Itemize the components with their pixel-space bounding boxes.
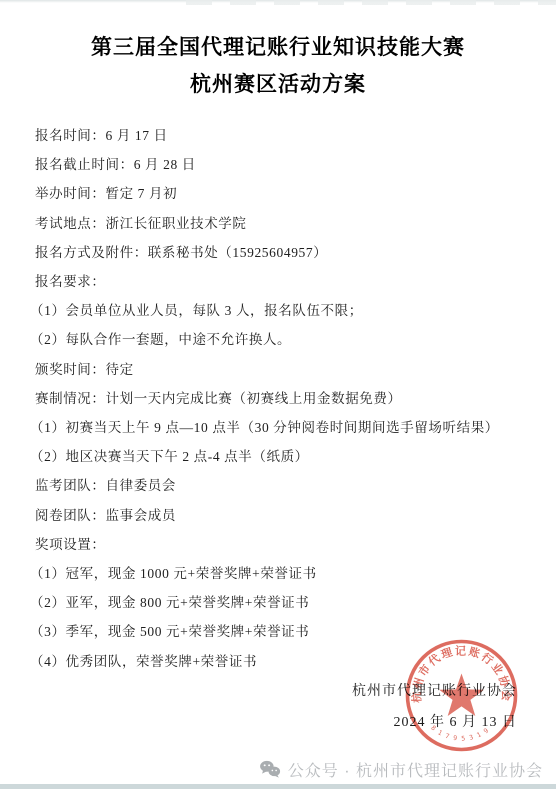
body-line: （2）亚军，现金 800 元+荣誉奖牌+荣誉证书 [30,588,544,617]
body-line: 报名方式及附件：联系秘书处（15925604957） [30,238,544,267]
wechat-icon [259,760,281,778]
body-line: 颁奖时间：待定 [30,355,544,384]
bottom-edge-strip [0,784,556,789]
star-icon [439,674,484,717]
top-edge-artifact [0,0,556,3]
document-body: 报名时间：6 月 17 日 报名截止时间：6 月 28 日 举办时间：暂定 7 … [30,121,544,676]
body-line: （1）初赛当天上午 9 点—10 点半（30 分钟阅卷时间期间选手留场听结果） [30,413,544,442]
body-line: 举办时间：暂定 7 月初 [30,179,544,208]
title-line-1: 第三届全国代理记账行业知识技能大赛 [0,29,556,66]
body-line: 阅卷团队：监事会成员 [30,501,544,530]
body-line: （2）每队合作一套题，中途不允许换人。 [30,325,544,354]
official-seal: 杭州市代理记账行业协会 81795319 [402,636,521,755]
body-line: 赛制情况：计划一天内完成比赛（初赛线上用金数据免费） [30,384,544,413]
title-line-2: 杭州赛区活动方案 [0,66,556,103]
body-line: 报名时间：6 月 17 日 [30,121,544,150]
body-line: （1）会员单位从业人员，每队 3 人，报名队伍不限； [30,296,544,325]
seal-code: 81795319 [429,724,493,743]
svg-text:81795319: 81795319 [429,724,493,743]
body-line: 奖项设置： [30,530,544,559]
body-line: （2）地区决赛当天下午 2 点-4 点半（纸质） [30,442,544,471]
document-page: 第三届全国代理记账行业知识技能大赛 杭州赛区活动方案 报名时间：6 月 17 日… [0,0,556,789]
body-line: 监考团队：自律委员会 [30,471,544,500]
body-line: 报名截止时间：6 月 28 日 [30,150,544,179]
body-line: 考试地点：浙江长征职业技术学院 [30,209,544,238]
wechat-account-label: 公众号 · 杭州市代理记账行业协会 [288,758,543,781]
wechat-watermark: 公众号 · 杭州市代理记账行业协会 [259,757,543,781]
page-title: 第三届全国代理记账行业知识技能大赛 杭州赛区活动方案 [0,29,556,103]
body-line: （1）冠军，现金 1000 元+荣誉奖牌+荣誉证书 [30,559,544,588]
body-line: 报名要求： [30,267,544,296]
